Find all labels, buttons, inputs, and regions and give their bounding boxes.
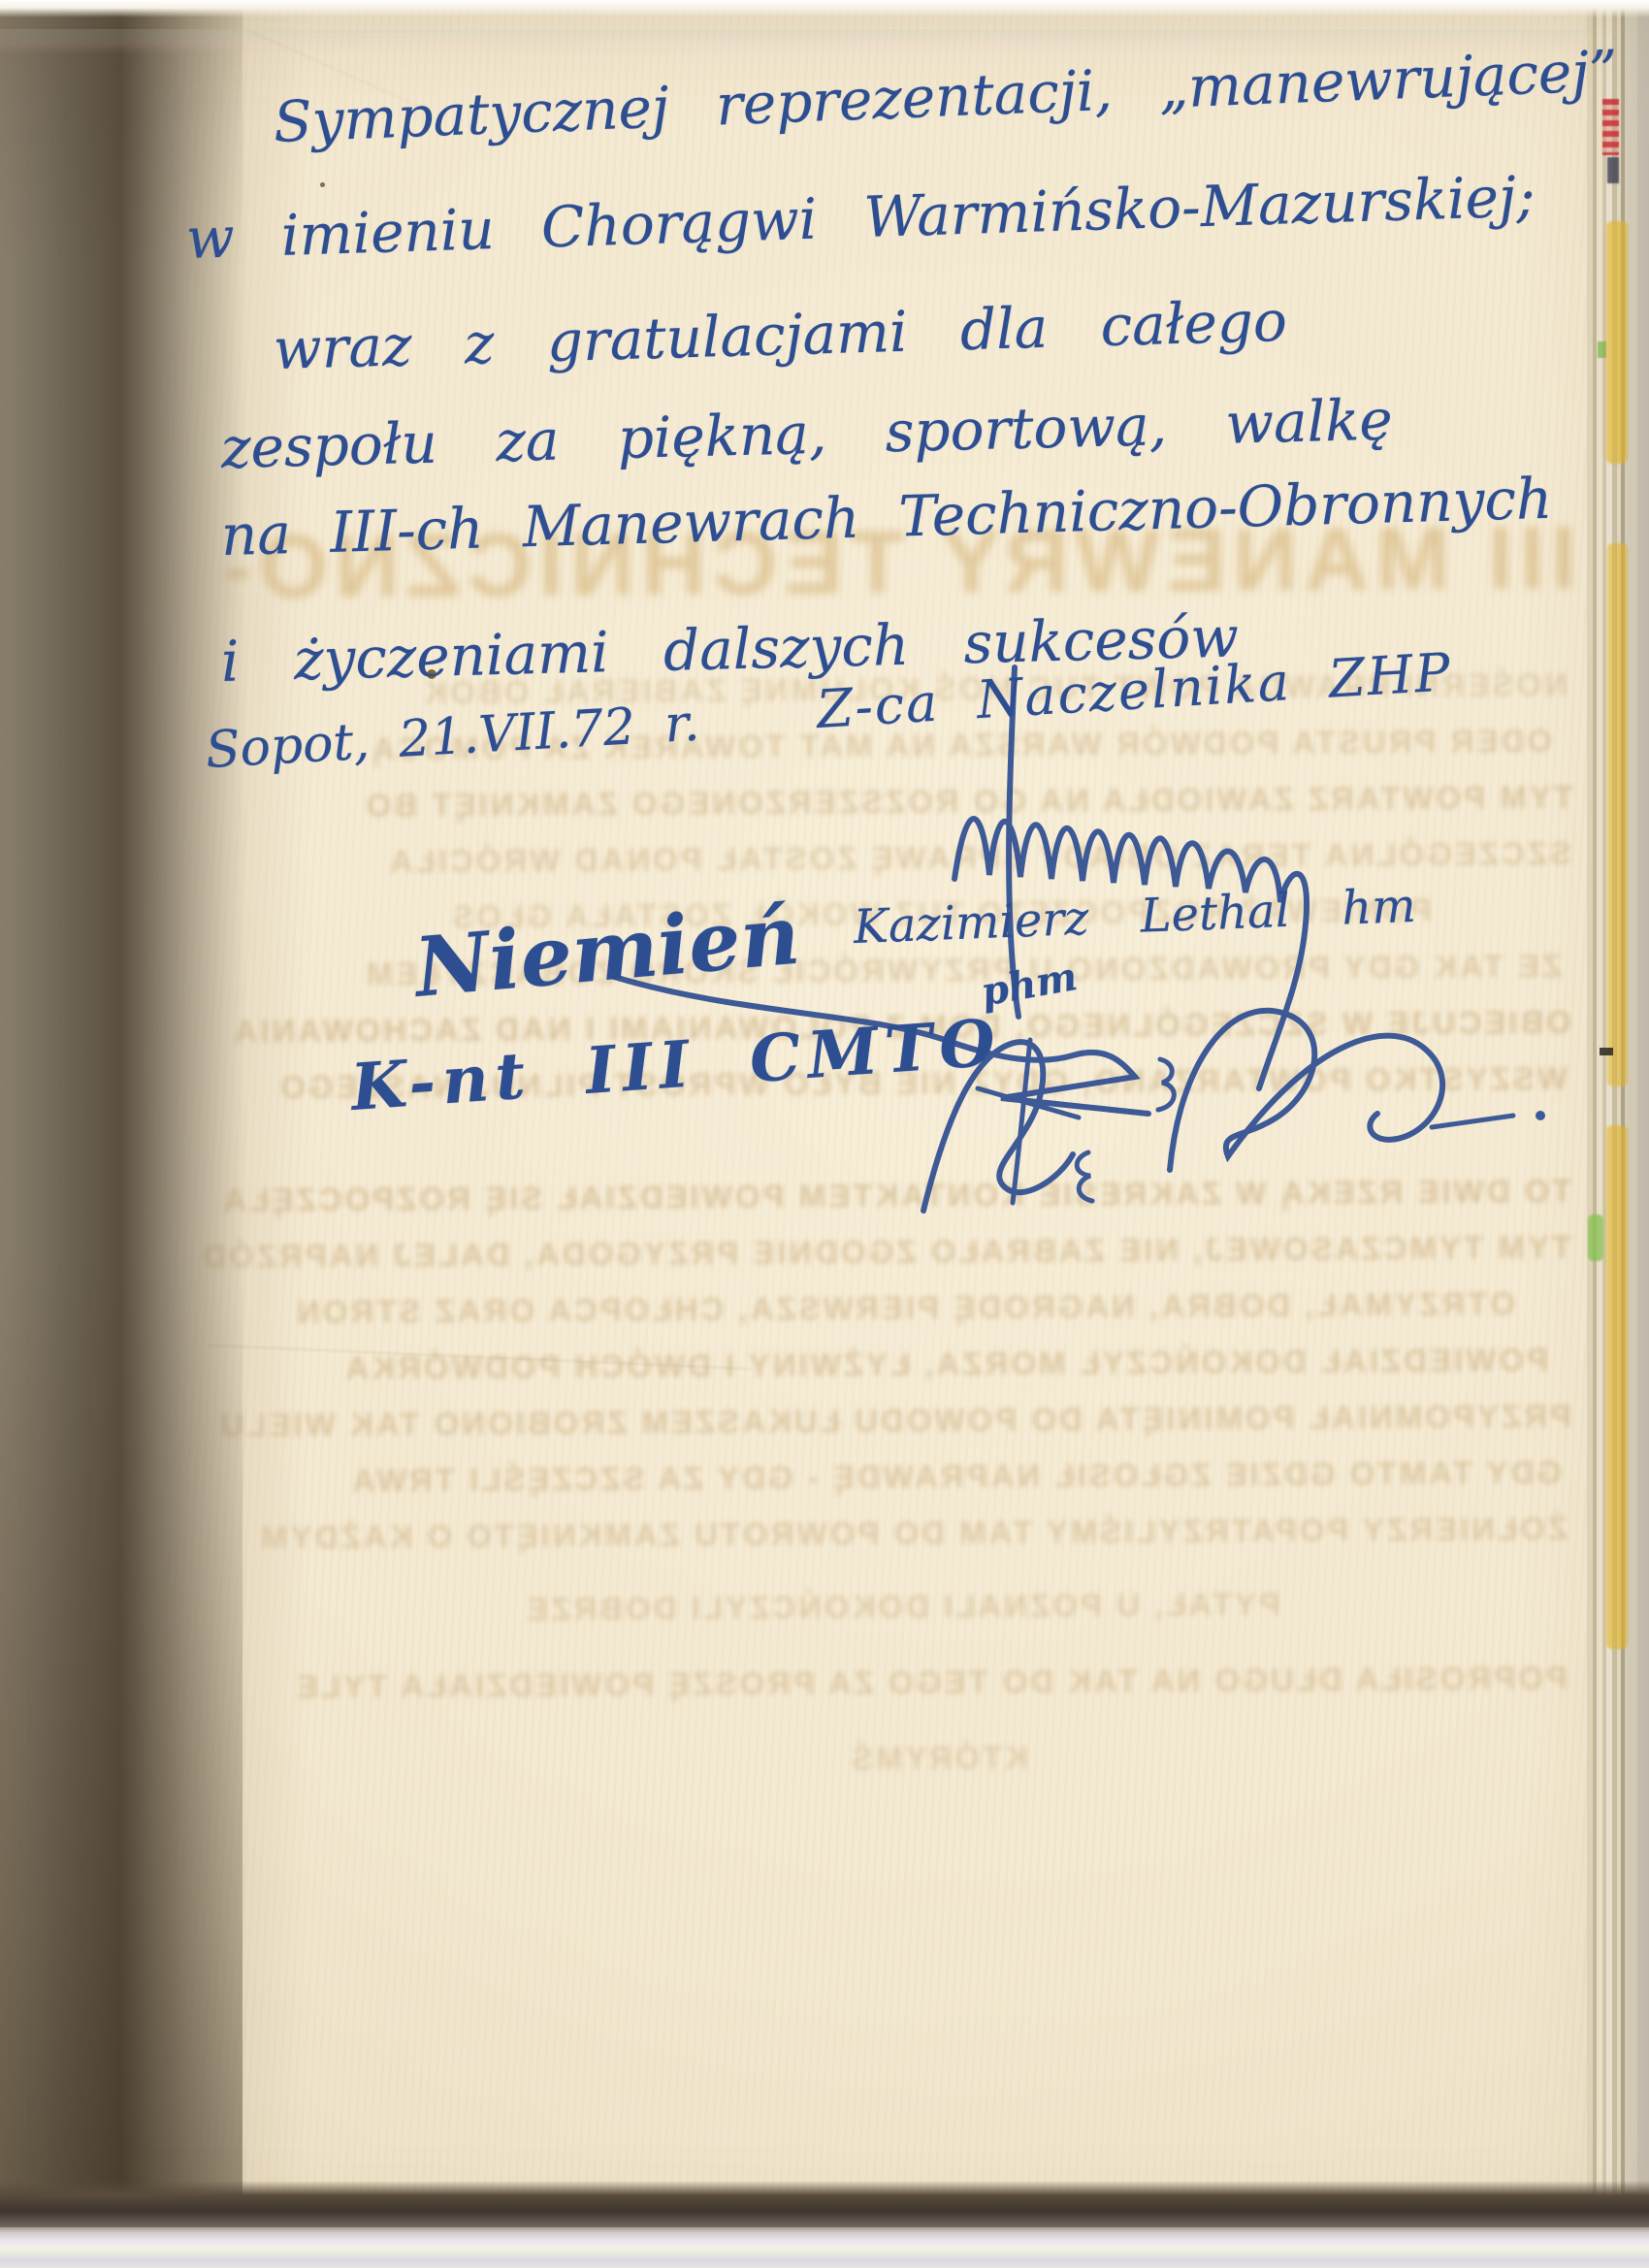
yellow-edge-strip [1606, 1125, 1628, 1649]
dark-edge-tick [1607, 157, 1619, 183]
bleedthrough-text-line: POPROSIŁA DŁUGO NA TAK DO TEGO ZA PROSZĘ… [171, 1660, 1568, 1714]
book-gutter-bottom-shade [0, 0, 242, 2268]
yellow-edge-strip [1607, 543, 1628, 1086]
black-edge-fleck [1600, 1048, 1613, 1055]
handwritten-line-4: zespołu za piękną, sportową, walkę [220, 386, 1393, 480]
book-bottom-edge-shadow [0, 2181, 1649, 2233]
bleedthrough-text-line: PRZYPOMNIAŁ POMINIĘTA DO POWODU ŁUKASZEM… [165, 1398, 1571, 1452]
red-edge-mark [1602, 99, 1619, 155]
scanner-top-edge [0, 0, 1649, 17]
scanned-notebook-page: III MANEWRY TECHNICZNO-OBRONNE NOŚERNI P… [0, 0, 1649, 2268]
handwritten-line-2: w imieniu Chorągwi Warmińsko-Mazurskiej; [185, 163, 1536, 272]
handwritten-line-1: Sympatycznej reprezentacji, „manewrujące… [273, 38, 1619, 155]
bleedthrough-text-line: TYM TYMCZASOWEJ, NIE ZABRAŁO ZGODNIE PRZ… [165, 1229, 1571, 1283]
bleedthrough-text-line: TYM POWTARZ ZAWIODŁA NA GO ROZSZERZONEGO… [177, 779, 1573, 833]
yellow-edge-strip [1606, 221, 1628, 464]
handwritten-line-3: wraz z gratulacjami dla całego [273, 288, 1288, 382]
bleedthrough-text-line: TO DWIE RZEKĄ W ZAKRESIE KONTAKTEM POWIE… [165, 1173, 1571, 1227]
bleedthrough-text-line: OTRZYMAŁ, DOBRA, NAGRODĘ PIERWSZA, CHŁOP… [177, 1285, 1515, 1340]
scanner-bottom-fringe [0, 2227, 1649, 2268]
bleedthrough-text-line: ZE TAK GDY PROWADZONO U PRZYWRÓCIŁ SKORO… [165, 948, 1562, 1002]
signer-name: Kazimierz Lethal hm [853, 879, 1417, 955]
ink-speck [320, 182, 325, 187]
green-edge-blob [1588, 1215, 1603, 1261]
green-edge-tick [1598, 341, 1606, 358]
bleedthrough-text-line: ŻOŁNIERZY POPATRZYLIŚMY TAM DO POWROTU Z… [171, 1510, 1568, 1565]
bleedthrough-text-line: GDY TAMTO GDZIE ZGŁOSIŁ NAPRAWDĘ - GDY Z… [165, 1454, 1562, 1508]
bleedthrough-text-line: KTÓRYMŚ [737, 1739, 1028, 1786]
bleedthrough-text-line: POWIEDZIAŁ DOKOŃCZYŁ MORZA, ŁYŻWINY I DW… [171, 1342, 1548, 1396]
bleedthrough-text-line: PYTAŁ, U POZNALI DOKOŃCZYLI DOBRZE [407, 1586, 1280, 1636]
